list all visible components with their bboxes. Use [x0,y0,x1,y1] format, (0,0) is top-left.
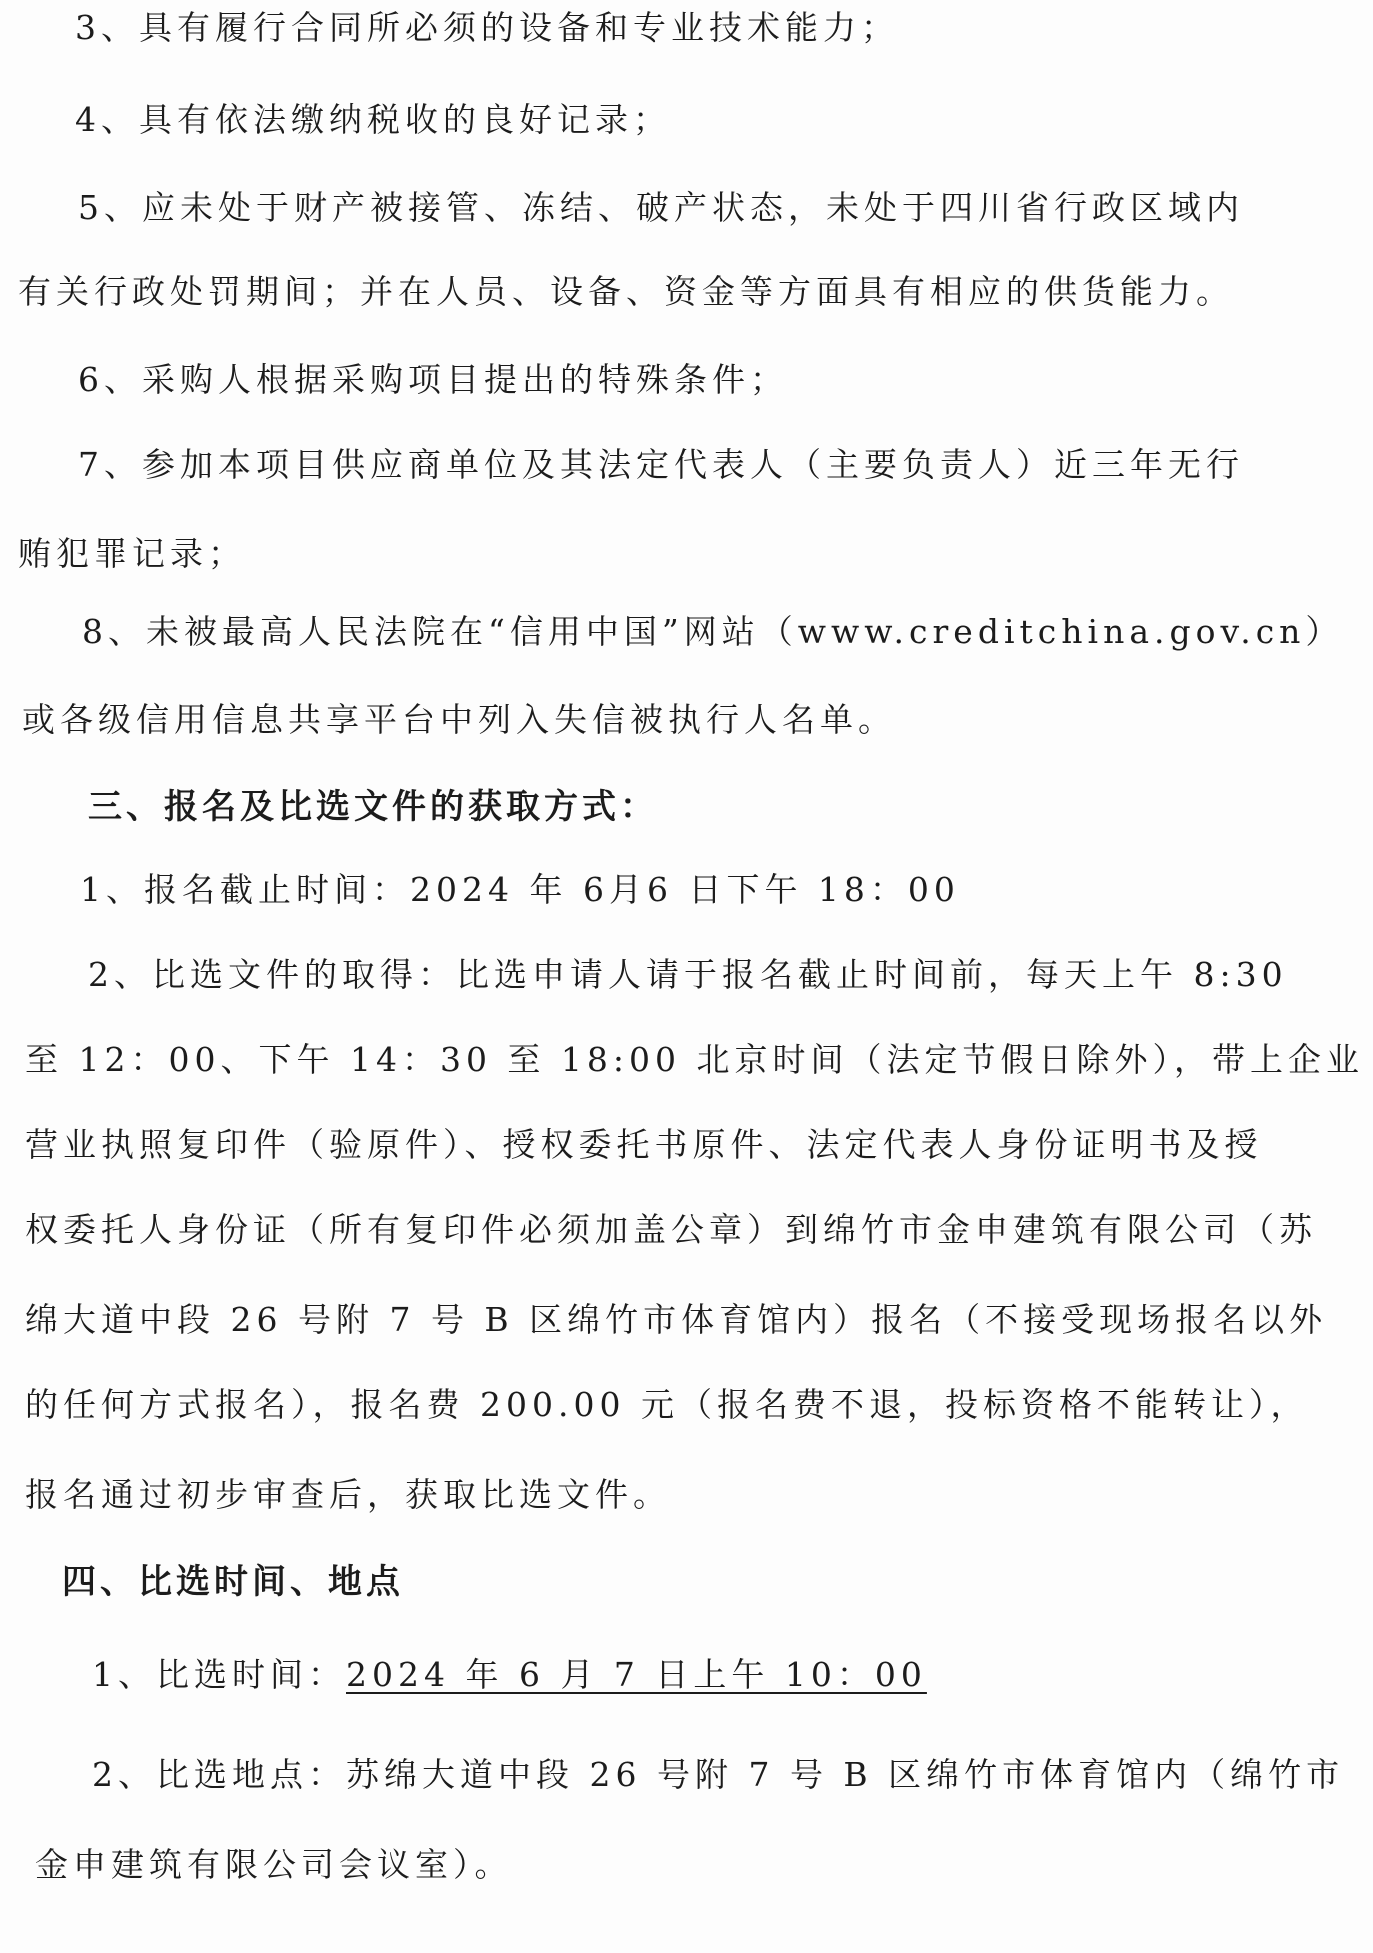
section-3-item-2-line-4: 权委托人身份证（所有复印件必须加盖公章）到绵竹市金申建筑有限公司（苏 [25,1210,1317,1250]
section-4-item-2-line-1: 2、比选地点：苏绵大道中段 26 号附 7 号 B 区绵竹市体育馆内（绵竹市 [92,1755,1344,1795]
section-3-item-2-line-2: 至 12：00、下午 14：30 至 18:00 北京时间（法定节假日除外），带… [25,1040,1364,1080]
requirement-7-line-2: 贿犯罪记录； [18,534,246,574]
section-3-item-2-line-7: 报名通过初步审查后，获取比选文件。 [25,1475,671,1515]
requirement-5-line-2: 有关行政处罚期间；并在人员、设备、资金等方面具有相应的供货能力。 [18,272,1234,312]
section-3-item-2-line-6: 的任何方式报名），报名费 200.00 元（报名费不退，投标资格不能转让）， [25,1385,1308,1425]
requirement-8-line-1: 8、未被最高人民法院在“信用中国”网站（www.creditchina.gov.… [82,612,1343,652]
scanned-document-page: 3、具有履行合同所必须的设备和专业技术能力； 4、具有依法缴纳税收的良好记录； … [0,0,1373,1953]
requirement-4: 4、具有依法缴纳税收的良好记录； [75,100,671,140]
requirement-5-line-1: 5、应未处于财产被接管、冻结、破产状态，未处于四川省行政区域内 [78,188,1244,228]
section-3-heading: 三、报名及比选文件的获取方式： [88,787,658,827]
requirement-7-line-1: 7、参加本项目供应商单位及其法定代表人（主要负责人）近三年无行 [78,445,1244,485]
section-4-item-1: 1、比选时间：2024 年 6 月 7 日上午 10：00 [92,1655,927,1695]
section-4-heading: 四、比选时间、地点 [62,1562,404,1602]
requirement-6: 6、采购人根据采购项目提出的特殊条件； [78,360,788,400]
section-4-item-2-line-2: 金申建筑有限公司会议室）。 [35,1845,513,1885]
section-3-item-2-line-3: 营业执照复印件（验原件）、授权委托书原件、法定代表人身份证明书及授 [25,1125,1263,1165]
bid-time-value: 2024 年 6 月 7 日上午 10：00 [346,1655,927,1694]
requirement-8-line-2: 或各级信用信息共享平台中列入失信被执行人名单。 [22,700,896,740]
section-3-item-2-line-1: 2、比选文件的取得：比选申请人请于报名截止时间前，每天上午 8:30 [88,955,1288,995]
section-3-item-1: 1、报名截止时间：2024 年 6月6 日下午 18：00 [80,870,960,910]
section-3-item-2-line-5: 绵大道中段 26 号附 7 号 B 区绵竹市体育馆内）报名（不接受现场报名以外 [25,1300,1327,1340]
requirement-3: 3、具有履行合同所必须的设备和专业技术能力； [75,8,775,48]
bid-time-label: 1、比选时间： [92,1655,346,1694]
